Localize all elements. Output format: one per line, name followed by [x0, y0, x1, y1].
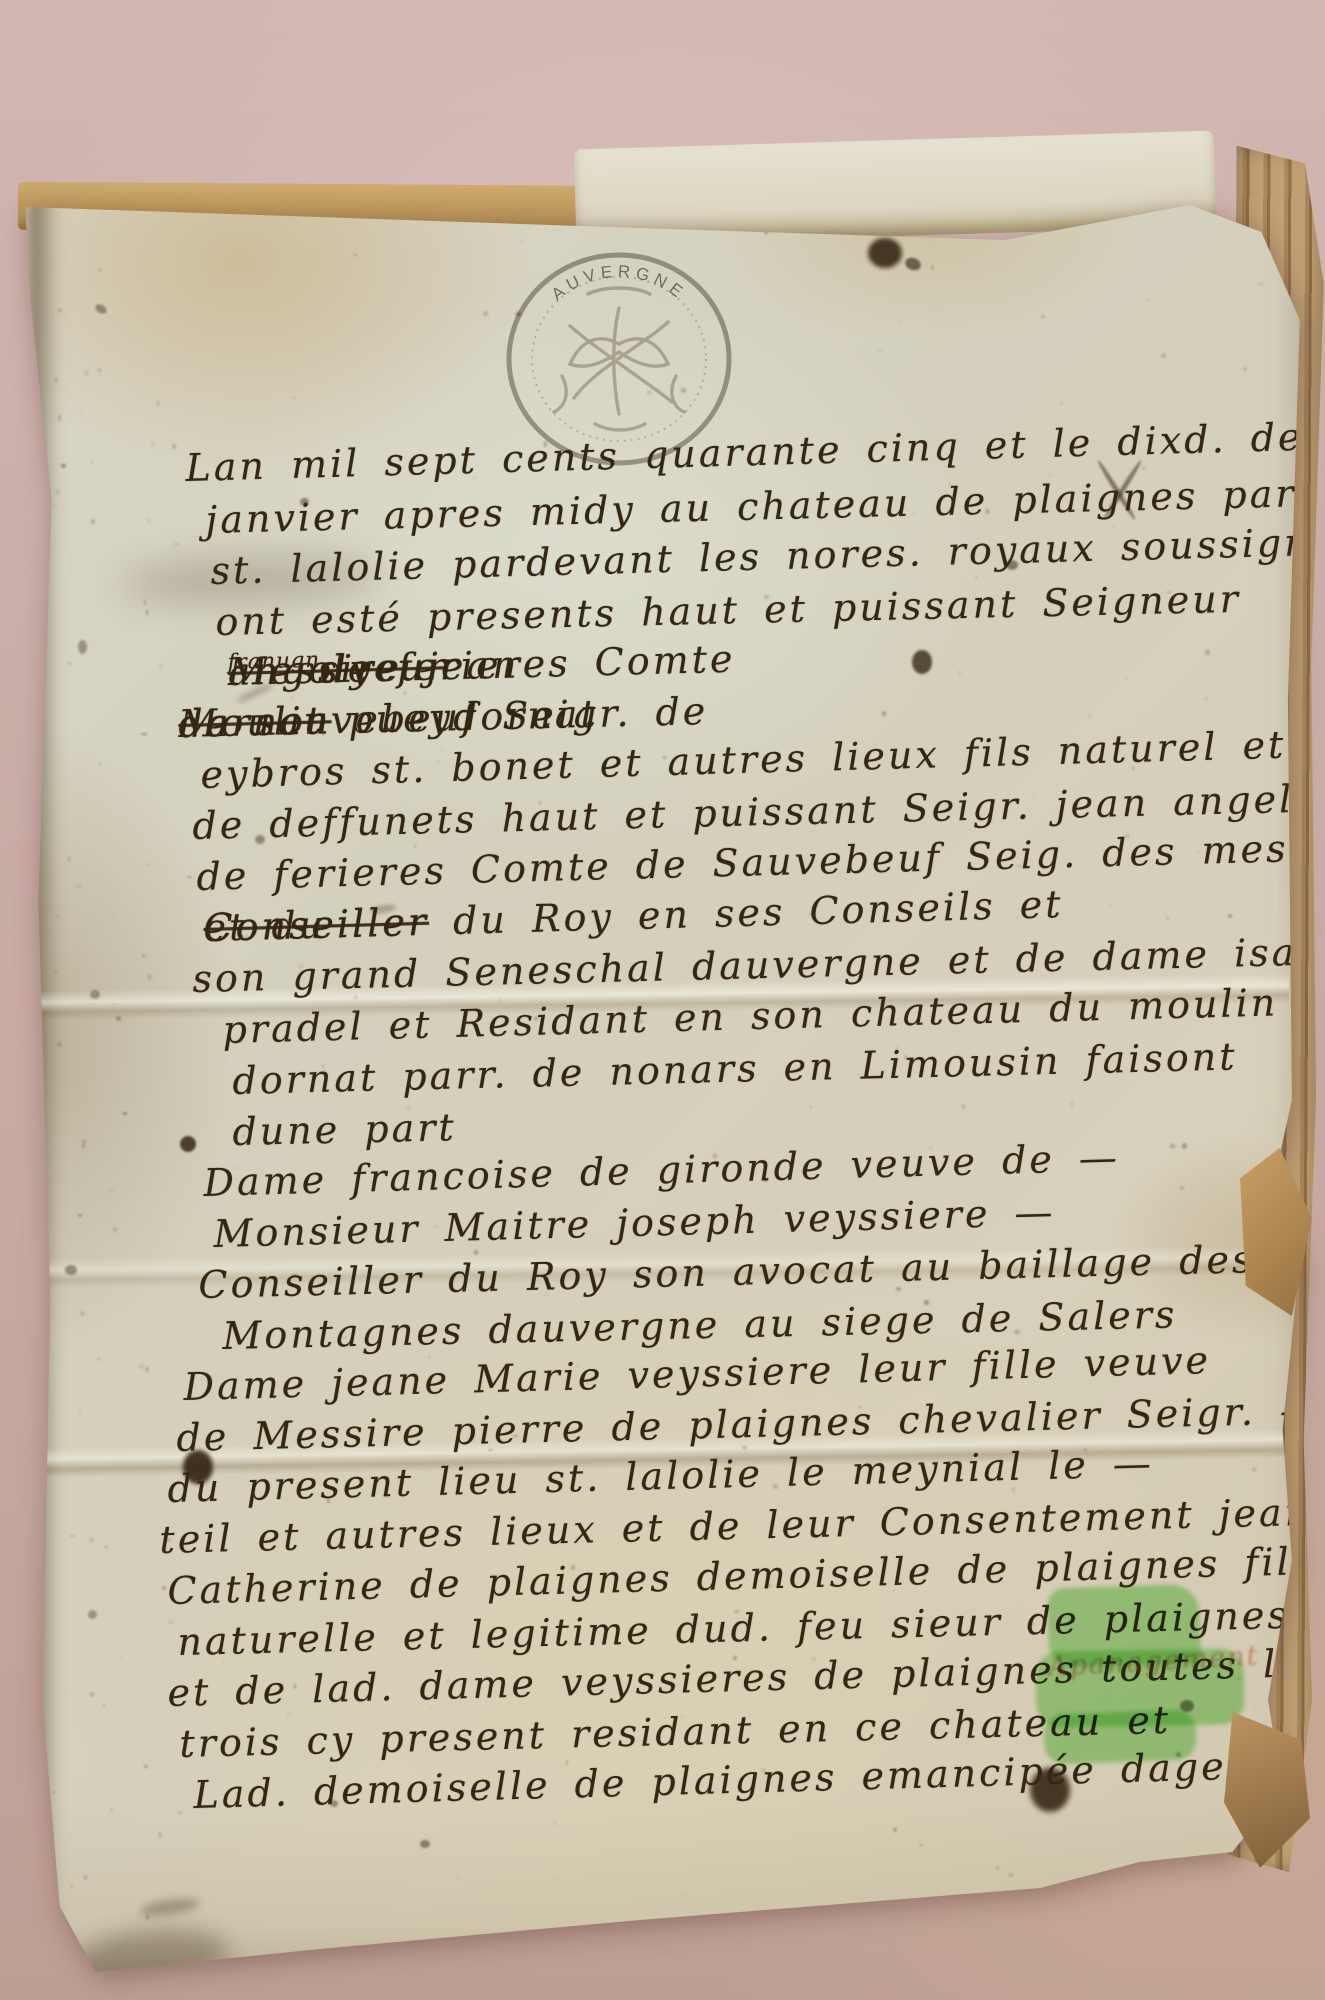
ink-speck [893, 1827, 897, 1832]
ink-speck [180, 1136, 196, 1152]
ink-speck [1110, 902, 1112, 907]
ink-speck [67, 856, 71, 862]
ink-speck [65, 1689, 66, 1693]
ink-speck [1205, 650, 1210, 655]
ink-speck [84, 370, 89, 376]
ink-speck [100, 762, 101, 766]
ink-speck [168, 1621, 174, 1625]
ink-speck [1142, 467, 1146, 469]
ink-speck [810, 1106, 812, 1108]
manuscript-line: Messire jean angolyeurfranugn de feriere… [227, 650, 321, 699]
ink-speck [162, 1586, 167, 1589]
paper-shadow-wrap: AUVERGNE Lan mil sept cents quarante cin… [0, 0, 1325, 2000]
ink-speck [139, 1364, 143, 1369]
binding-shadow [30, 200, 60, 1960]
ink-speck [187, 876, 192, 878]
ink-speck [226, 1060, 227, 1062]
ink-speck [899, 320, 902, 325]
ink-speck [72, 1898, 73, 1900]
ink-speck [113, 1003, 116, 1005]
ink-speck [1170, 1144, 1175, 1148]
ink-speck [1161, 353, 1166, 358]
ink-speck [79, 1410, 80, 1412]
highlight-overlay [1043, 1709, 1197, 1764]
ink-speck [1008, 1873, 1013, 1877]
ink-speck [97, 268, 103, 272]
ink-speck [113, 1227, 116, 1232]
ink-speck [903, 256, 922, 273]
ink-speck [78, 1214, 82, 1217]
ink-speck [58, 415, 61, 421]
ink-speck [1045, 572, 1048, 574]
ink-speck [67, 1922, 232, 1998]
ink-speck [65, 1265, 77, 1275]
ink-speck [89, 1537, 94, 1543]
ink-speck [98, 368, 101, 371]
ink-speck [1228, 914, 1232, 918]
ink-speck [94, 303, 108, 316]
ink-speck [844, 276, 849, 278]
ink-speck [61, 464, 66, 467]
ink-speck [1252, 1706, 1254, 1708]
ink-speck [920, 1844, 922, 1846]
ink-speck [759, 151, 768, 158]
ink-speck [70, 1535, 75, 1538]
ink-speck [144, 600, 145, 605]
ink-speck [515, 312, 520, 317]
ink-speck [404, 691, 406, 694]
ink-speck [354, 254, 357, 256]
ink-speck [147, 518, 151, 523]
ink-speck [157, 401, 159, 405]
ink-speck [103, 1704, 105, 1706]
ink-speck [55, 378, 57, 381]
ink-speck [1048, 474, 1053, 477]
ink-speck [90, 990, 100, 999]
ink-speck [53, 1791, 56, 1793]
ink-speck [1147, 298, 1149, 302]
ink-speck [147, 974, 152, 980]
ink-speck [142, 954, 145, 957]
ink-speck [642, 423, 647, 425]
ink-speck [292, 397, 297, 399]
ink-speck [141, 733, 147, 734]
ink-speck [553, 1821, 557, 1826]
ink-speck [1071, 1103, 1073, 1105]
ink-speck [889, 147, 902, 156]
ink-speck [56, 915, 61, 919]
ink-speck [912, 650, 932, 674]
ink-speck [146, 1915, 149, 1918]
ink-speck [458, 1875, 460, 1880]
ink-speck [931, 265, 935, 270]
ink-speck [55, 489, 60, 494]
ink-speck [55, 970, 57, 975]
ink-speck [147, 864, 151, 866]
ink-speck [97, 1358, 100, 1361]
ink-speck [116, 1016, 121, 1021]
ink-speck [995, 1866, 1000, 1870]
ink-speck [82, 1144, 85, 1149]
ink-speck [172, 444, 176, 450]
ink-speck [878, 351, 882, 352]
ink-speck [1182, 1143, 1187, 1148]
ink-speck [958, 671, 961, 674]
ink-speck [647, 391, 652, 395]
ink-speck [1088, 713, 1091, 718]
ink-speck [91, 519, 95, 524]
ink-speck [976, 576, 977, 579]
ink-speck [474, 1250, 478, 1255]
ink-speck [146, 610, 148, 615]
ink-speck [58, 309, 62, 312]
ink-speck [88, 1610, 97, 1619]
ink-speck [483, 311, 487, 316]
ink-speck [159, 665, 162, 668]
ink-speck [1180, 1187, 1184, 1190]
ink-speck [1124, 677, 1127, 679]
ink-speck [67, 662, 72, 665]
ink-speck [1061, 401, 1062, 404]
ink-speck [105, 1546, 108, 1549]
ink-speck [146, 1366, 148, 1372]
ink-speck [120, 1657, 122, 1659]
ink-speck [111, 1807, 112, 1811]
ink-speck [108, 1190, 114, 1192]
ink-speck [1041, 315, 1044, 318]
ink-speck [178, 1812, 182, 1814]
ink-speck [685, 1894, 686, 1897]
ink-speck [644, 146, 655, 155]
ink-speck [78, 640, 87, 654]
ink-speck [882, 711, 887, 716]
ink-speck [868, 238, 902, 268]
manuscript-page: AUVERGNE Lan mil sept cents quarante cin… [0, 0, 1325, 2000]
ink-speck [66, 803, 67, 805]
ink-speck [520, 241, 523, 242]
ink-speck [76, 885, 82, 887]
ink-speck [58, 1043, 61, 1046]
ink-speck [764, 230, 768, 235]
ink-speck [159, 1832, 162, 1838]
ink-speck [1173, 712, 1174, 716]
ink-speck [557, 1877, 560, 1879]
ink-speck [152, 441, 153, 446]
ink-speck [174, 543, 179, 545]
ink-speck [92, 460, 94, 464]
ink-speck [144, 1765, 148, 1768]
ink-speck [1258, 283, 1262, 286]
ink-speck [1244, 367, 1246, 371]
photo-backdrop: AUVERGNE Lan mil sept cents quarante cin… [0, 0, 1325, 2000]
ink-speck [414, 844, 416, 848]
ink-speck [123, 1112, 127, 1115]
ink-speck [80, 409, 82, 412]
ink-speck [1252, 1467, 1256, 1472]
ink-speck [1204, 697, 1208, 700]
ink-speck [69, 1237, 71, 1241]
ink-speck [962, 1104, 964, 1108]
ink-speck [1166, 916, 1169, 920]
ink-speck [84, 1875, 87, 1880]
ink-speck [70, 1885, 72, 1889]
ink-speck [90, 1692, 94, 1697]
ink-speck [112, 915, 116, 916]
ink-speck [287, 1712, 291, 1716]
ink-speck [1019, 155, 1028, 162]
ink-speck [80, 1311, 85, 1316]
ink-speck [420, 1840, 430, 1848]
